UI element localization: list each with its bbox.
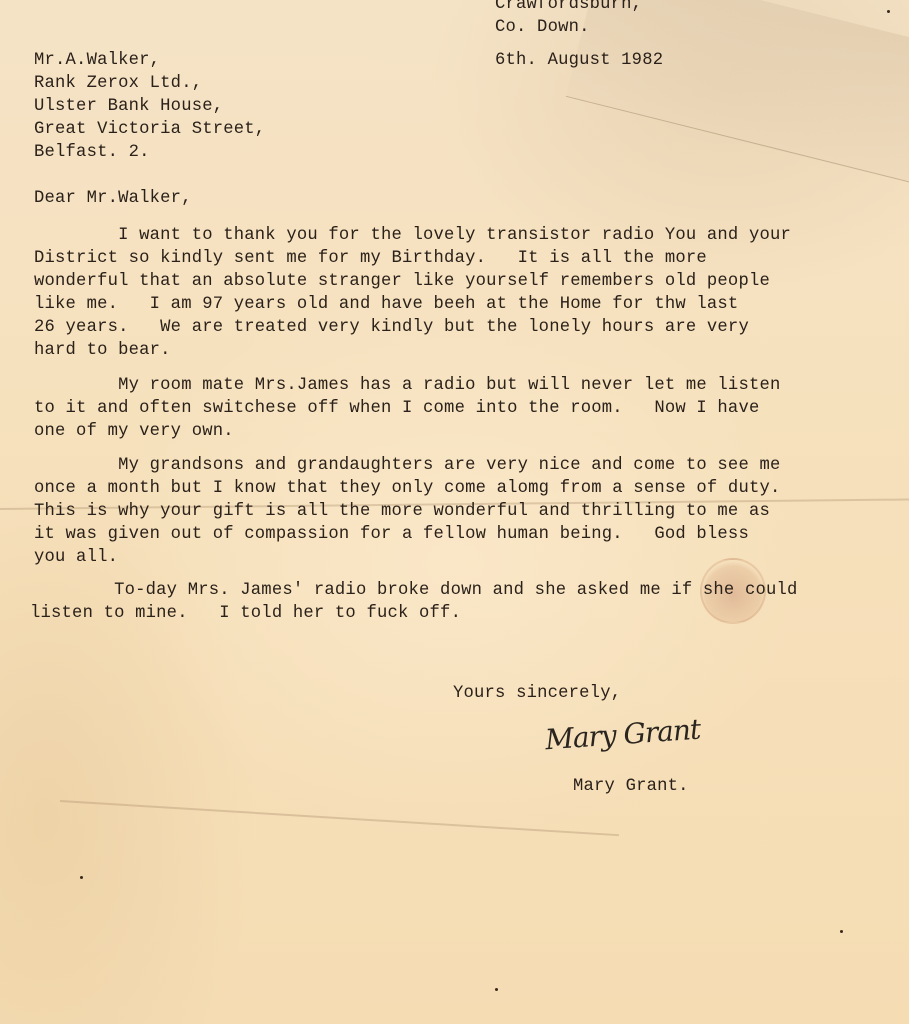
body-line: I want to thank you for the lovely trans… <box>34 225 791 248</box>
body-line: wonderful that an absolute stranger like… <box>34 271 770 294</box>
body-line: District so kindly sent me for my Birthd… <box>34 248 707 271</box>
recipient-line: Belfast. 2. <box>34 142 150 165</box>
body-line: it was given out of compassion for a fel… <box>34 524 749 547</box>
sender-address-line2: Co. Down. <box>495 17 590 40</box>
body-line: 26 years. We are treated very kindly but… <box>34 317 749 340</box>
ink-speck <box>495 988 498 991</box>
typed-signature: Mary Grant. <box>573 776 689 799</box>
body-line: This is why your gift is all the more wo… <box>34 501 770 524</box>
sender-address-line1: Crawfordsburn, <box>495 0 642 17</box>
body-line: to it and often switchese off when I com… <box>34 398 759 421</box>
body-line: hard to bear. <box>34 340 171 363</box>
body-line: listen to mine. I told her to fuck off. <box>30 603 461 626</box>
closing: Yours sincerely, <box>453 683 621 706</box>
recipient-line: Great Victoria Street, <box>34 119 265 142</box>
recipient-line: Rank Zerox Ltd., <box>34 73 202 96</box>
recipient-line: Ulster Bank House, <box>34 96 223 119</box>
body-line: To-day Mrs. James' radio broke down and … <box>30 580 798 603</box>
body-line: My grandsons and grandaughters are very … <box>34 455 781 478</box>
ink-speck <box>840 930 843 933</box>
recipient-line: Mr.A.Walker, <box>34 50 160 73</box>
body-line: once a month but I know that they only c… <box>34 478 781 501</box>
ink-speck <box>80 876 83 879</box>
salutation: Dear Mr.Walker, <box>34 188 192 211</box>
body-line: one of my very own. <box>34 421 234 444</box>
body-line: like me. I am 97 years old and have beeh… <box>34 294 738 317</box>
ink-speck <box>887 10 890 13</box>
body-line: you all. <box>34 547 118 570</box>
body-line: My room mate Mrs.James has a radio but w… <box>34 375 781 398</box>
letter-date: 6th. August 1982 <box>495 50 663 73</box>
